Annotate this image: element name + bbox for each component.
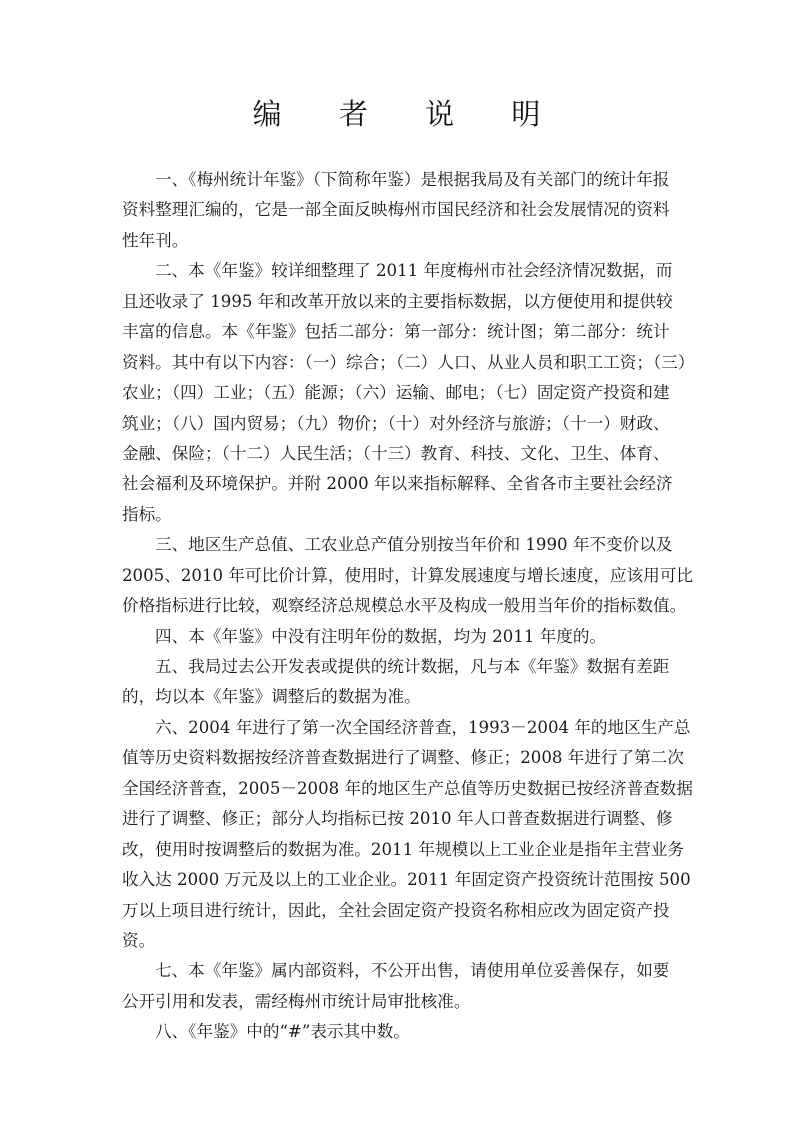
paragraph-8: 八、《年鉴》中的“#”表示其中数。	[122, 1017, 646, 1047]
text-line: 四、本《年鉴》中没有注明年份的数据，均为 2011 年度的。	[122, 622, 646, 652]
text-line: 价格指标进行比较，观察经济总规模总水平及构成一般用当年价的指标数值。	[122, 591, 646, 621]
text-line: 农业；（四）工业；（五）能源；（六）运输、邮电；（七）固定资产投资和建	[122, 378, 646, 408]
text-line: 且还收录了 1995 年和改革开放以来的主要指标数据，以方便使用和提供较	[122, 287, 646, 317]
text-line: 社会福利及环境保护。并附 2000 年以来指标解释、全省各市主要社会经济	[122, 469, 646, 499]
text-line: 指标。	[122, 500, 646, 530]
text-line: 六、2004 年进行了第一次全国经济普查，1993－2004 年的地区生产总	[122, 713, 646, 743]
paragraph-5: 五、我局过去公开发表或提供的统计数据，凡与本《年鉴》数据有差距的，均以本《年鉴》…	[122, 652, 646, 713]
text-line: 全国经济普查，2005－2008 年的地区生产总值等历史数据已按经济普查数据	[122, 774, 646, 804]
text-line: 公开引用和发表，需经梅州市统计局审批核准。	[122, 987, 646, 1017]
paragraph-2: 二、本《年鉴》较详细整理了 2011 年度梅州市社会经济情况数据，而且还收录了 …	[122, 256, 646, 530]
text-line: 值等历史资料数据按经济普查数据进行了调整、修正；2008 年进行了第二次	[122, 743, 646, 773]
text-line: 七、本《年鉴》属内部资料，不公开出售，请使用单位妥善保存，如要	[122, 956, 646, 986]
text-line: 进行了调整、修正；部分人均指标已按 2010 年人口普查数据进行调整、修	[122, 804, 646, 834]
paragraph-6: 六、2004 年进行了第一次全国经济普查，1993－2004 年的地区生产总值等…	[122, 713, 646, 957]
paragraph-1: 一、《梅州统计年鉴》（下简称年鉴）是根据我局及有关部门的统计年报资料整理汇编的，…	[122, 165, 646, 256]
text-line: 资料。其中有以下内容：（一）综合；（二）人口、从业人员和职工工资；（三）	[122, 348, 646, 378]
text-line: 筑业；（八）国内贸易；（九）物价；（十）对外经济与旅游；（十一）财政、	[122, 409, 646, 439]
text-line: 的，均以本《年鉴》调整后的数据为准。	[122, 682, 646, 712]
text-line: 资料整理汇编的，它是一部全面反映梅州市国民经济和社会发展情况的资料	[122, 195, 646, 225]
text-line: 二、本《年鉴》较详细整理了 2011 年度梅州市社会经济情况数据，而	[122, 256, 646, 286]
paragraph-4: 四、本《年鉴》中没有注明年份的数据，均为 2011 年度的。	[122, 622, 646, 652]
paragraph-3: 三、地区生产总值、工农业总产值分别按当年价和 1990 年不变价以及2005、2…	[122, 530, 646, 621]
page-title: 编 者 说 明	[0, 96, 793, 132]
text-line: 收入达 2000 万元及以上的工业企业。2011 年固定资产投资统计范围按 50…	[122, 865, 646, 895]
document-page: 编 者 说 明 一、《梅州统计年鉴》（下简称年鉴）是根据我局及有关部门的统计年报…	[0, 0, 793, 1122]
text-line: 金融、保险；（十二）人民生活；（十三）教育、科技、文化、卫生、体育、	[122, 439, 646, 469]
document-body: 一、《梅州统计年鉴》（下简称年鉴）是根据我局及有关部门的统计年报资料整理汇编的，…	[122, 165, 646, 1048]
text-line: 八、《年鉴》中的“#”表示其中数。	[122, 1017, 646, 1047]
text-line: 五、我局过去公开发表或提供的统计数据，凡与本《年鉴》数据有差距	[122, 652, 646, 682]
text-line: 资。	[122, 926, 646, 956]
text-line: 改，使用时按调整后的数据为准。2011 年规模以上工业企业是指年主营业务	[122, 835, 646, 865]
text-line: 一、《梅州统计年鉴》（下简称年鉴）是根据我局及有关部门的统计年报	[122, 165, 646, 195]
text-line: 丰富的信息。本《年鉴》包括二部分：第一部分：统计图；第二部分：统计	[122, 317, 646, 347]
text-line: 万以上项目进行统计，因此，全社会固定资产投资名称相应改为固定资产投	[122, 896, 646, 926]
paragraph-7: 七、本《年鉴》属内部资料，不公开出售，请使用单位妥善保存，如要公开引用和发表，需…	[122, 956, 646, 1017]
text-line: 2005、2010 年可比价计算，使用时，计算发展速度与增长速度，应该用可比	[122, 561, 646, 591]
text-line: 三、地区生产总值、工农业总产值分别按当年价和 1990 年不变价以及	[122, 530, 646, 560]
text-line: 性年刊。	[122, 226, 646, 256]
